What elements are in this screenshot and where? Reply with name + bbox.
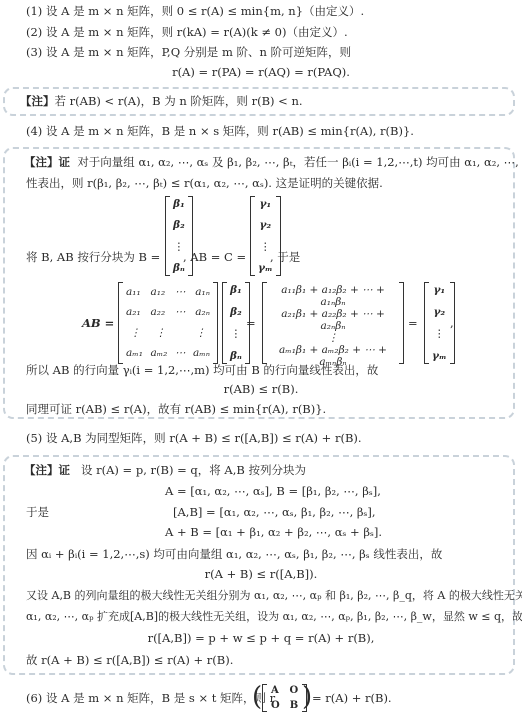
equals-sign: = [246, 315, 256, 331]
note-2-line-2: 性表出，则 r(β₁, β₂, ⋯, βₜ) ≤ r(α₁, α₂, ⋯, αₛ… [26, 175, 383, 191]
item-label: (5) [26, 431, 42, 445]
item-label: (1) [26, 4, 42, 18]
matrix-product: a₁₁β₁ + a₁₂β₂ + ⋯ + a₁ₙβₙ a₂₁β₁ + a₂₂β₂ … [262, 282, 404, 364]
item-label: (3) [26, 45, 42, 59]
item-6: (6) 设 A 是 m × n 矩阵，B 是 s × t 矩阵，则 r [26, 690, 275, 706]
note-2-line-6: 同理可证 r(AB) ≤ r(A)，故有 r(AB) ≤ min{r(A), r… [26, 401, 326, 417]
note-text: 若 r(AB) < r(A)，B 为 n 阶矩阵，则 r(B) < n. [55, 94, 303, 108]
note-3-line-7: 又设 A,B 的列向量组的极大线性无关组分别为 α₁, α₂, ⋯, αₚ 和 … [26, 588, 522, 604]
note-2-line-3b: , AB = C = [183, 249, 246, 265]
note-2-line-5: r(AB) ≤ r(B). [0, 381, 522, 397]
note-2-line-3a: 将 B, AB 按行分块为 B = [26, 249, 160, 265]
note-3-line-3-label: 于是 [26, 504, 49, 520]
note-3-line-9: r([A,B]) = p + w ≤ p + q = r(A) + r(B), [0, 630, 522, 646]
matrix-cell: γ₂ [258, 219, 273, 231]
item-2: (2) 设 A 是 m × n 矩阵，则 r(kA) = r(A)(k ≠ 0)… [26, 24, 348, 40]
note-2-line-1: 【注】证 对于向量组 α₁, α₂, ⋯, αₛ 及 β₁, β₂, ⋯, βₜ… [24, 154, 522, 170]
note-3-line-4: A + B = [α₁ + β₁, α₂ + β₂, ⋯, αₛ + βₛ]. [165, 524, 382, 540]
paren-close: ) [302, 682, 312, 712]
item-label: (4) [26, 124, 42, 138]
item-5: (5) 设 A,B 为同型矩阵，则 r(A + B) ≤ r([A,B]) ≤ … [26, 430, 362, 446]
item-text: 设 A,B 为同型矩阵，则 r(A + B) ≤ r([A,B]) ≤ r(A)… [46, 431, 362, 445]
item-text: 设 A 是 m × n 矩阵，P,Q 分别是 m 阶、n 阶可逆矩阵，则 [46, 45, 351, 59]
note-2-line-4: 所以 AB 的行向量 γᵢ(i = 1,2,⋯,m) 均可由 B 的行向量线性表… [26, 362, 378, 378]
item-1: (1) 设 A 是 m × n 矩阵，则 0 ≤ r(A) ≤ min{m, n… [26, 3, 364, 19]
note-2-line-3c: , 于是 [270, 249, 300, 265]
matrix-cell: β₂ [173, 219, 185, 231]
item-text: 设 A 是 m × n 矩阵，B 是 s × t 矩阵，则 r [46, 691, 275, 705]
ab-label: AB = [82, 315, 114, 331]
note-3-line-10: 故 r(A + B) ≤ r([A,B]) ≤ r(A) + r(B). [26, 652, 233, 668]
item-text: 设 A 是 m × n 矩阵，则 r(kA) = r(A)(k ≠ 0)（由定义… [46, 25, 348, 39]
matrix-cell: γ₁ [258, 198, 273, 210]
note-3-line-5: 因 αᵢ + βᵢ(i = 1,2,⋯,s) 均可由向量组 α₁, α₂, ⋯,… [26, 546, 442, 562]
note-tag: 【注】 [20, 94, 55, 108]
note-text: 对于向量组 α₁, α₂, ⋯, αₛ 及 β₁, β₂, ⋯, βₜ，若任一 … [77, 155, 522, 169]
note-tag: 【注】证 [24, 463, 70, 477]
matrix-cell: β₁ [173, 198, 185, 210]
equals-sign-2: = [408, 315, 418, 331]
block-matrix: AO OB [262, 684, 307, 712]
item-3: (3) 设 A 是 m × n 矩阵，P,Q 分别是 m 阶、n 阶可逆矩阵，则 [26, 44, 351, 60]
matrix-A: a₁₁a₁₂⋯a₁ₙ a₂₁a₂₂⋯a₂ₙ ⋮⋮⋮ aₘ₁aₘ₂⋯aₘₙ [118, 282, 218, 364]
trailing-comma: , [450, 315, 454, 331]
paren-open: ( [252, 682, 262, 712]
note-3-line-6: r(A + B) ≤ r([A,B]). [0, 566, 522, 582]
item-label: (2) [26, 25, 42, 39]
item-4: (4) 设 A 是 m × n 矩阵，B 是 n × s 矩阵，则 r(AB) … [26, 123, 414, 139]
item-text: 设 A 是 m × n 矩阵，则 0 ≤ r(A) ≤ min{m, n}（由定… [46, 4, 364, 18]
note-3-line-2: A = [α₁, α₂, ⋯, αₛ], B = [β₁, β₂, ⋯, βₛ]… [165, 483, 381, 499]
note-tag: 【注】证 [24, 155, 70, 169]
item-3-formula: r(A) = r(PA) = r(AQ) = r(PAQ). [0, 64, 522, 80]
item-label: (6) [26, 691, 42, 705]
item-6-result: = r(A) + r(B). [312, 690, 392, 706]
note-3-line-1: 【注】证 设 r(A) = p, r(B) = q，将 A,B 按列分块为 [24, 462, 306, 478]
note-3-line-3: [A,B] = [α₁, α₂, ⋯, αₛ, β₁, β₂, ⋯, βₛ], [173, 504, 376, 520]
note-1: 【注】若 r(AB) < r(A)，B 为 n 阶矩阵，则 r(B) < n. [20, 93, 303, 109]
item-text: 设 A 是 m × n 矩阵，B 是 n × s 矩阵，则 r(AB) ≤ mi… [46, 124, 414, 138]
note-text: 设 r(A) = p, r(B) = q，将 A,B 按列分块为 [81, 463, 306, 477]
note-3-line-8: α₁, α₂, ⋯, αₚ 扩充成[A,B]的极大线性无关组，设为 α₁, α₂… [26, 609, 522, 625]
